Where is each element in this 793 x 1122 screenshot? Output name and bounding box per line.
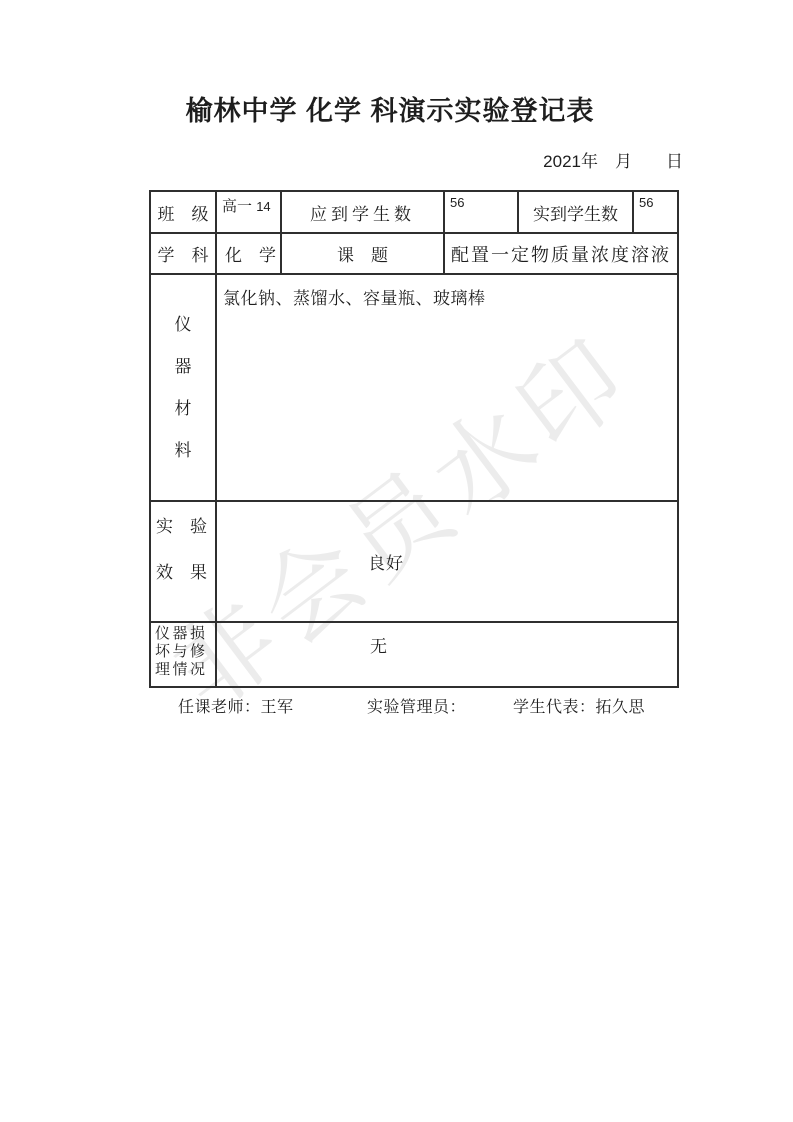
teacher-signature: 任课老师：王军: [178, 694, 294, 717]
damage-label-line: 理情况: [155, 661, 213, 679]
equipment-label-char: 料: [151, 430, 215, 472]
actual-students-label-cell: 实到学生数: [518, 191, 633, 233]
table-row-subject: 学 科 化 学 课 题 配置一定物质量浓度溶液: [150, 233, 678, 274]
registration-table: 班 级 高一 14 应到学生数 56 实到学生数 56 学 科 化 学 课 题 …: [149, 190, 679, 688]
equipment-label-cell: 仪 器 材 料: [150, 274, 216, 501]
table-row-damage: 仪器损 坏与修 理情况 无: [150, 622, 678, 687]
class-name: 高一: [222, 198, 252, 215]
student-signature: 学生代表：拓久思: [513, 694, 645, 717]
topic-label-cell: 课 题: [281, 233, 444, 274]
equipment-label-char: 器: [151, 346, 215, 388]
actual-students-value-cell: 56: [633, 191, 678, 233]
table-row-equipment: 仪 器 材 料 氯化钠、蒸馏水、容量瓶、玻璃棒: [150, 274, 678, 501]
class-label-cell: 班 级: [150, 191, 216, 233]
result-content-cell: 良好: [216, 501, 678, 622]
document-page: 非会员水印 榆林中学 化学 科演示实验登记表 2021年 月 日 班 级 高一 …: [0, 0, 793, 1122]
class-value-cell: 高一 14: [216, 191, 281, 233]
equipment-label-char: 仪: [151, 304, 215, 346]
damage-label-line: 坏与修: [155, 643, 213, 661]
equipment-content-cell: 氯化钠、蒸馏水、容量瓶、玻璃棒: [216, 274, 678, 501]
result-label-line: 实 验: [156, 504, 215, 550]
table-row-class: 班 级 高一 14 应到学生数 56 实到学生数 56: [150, 191, 678, 233]
result-label-line: 效 果: [156, 550, 215, 596]
damage-label-cell: 仪器损 坏与修 理情况: [150, 622, 216, 687]
table-row-result: 实 验 效 果 良好: [150, 501, 678, 622]
equipment-label-char: 材: [151, 388, 215, 430]
topic-value-cell: 配置一定物质量浓度溶液: [444, 233, 678, 274]
manager-signature: 实验管理员：: [367, 694, 466, 717]
page-title: 榆林中学 化学 科演示实验登记表: [0, 95, 780, 127]
expected-students-label-cell: 应到学生数: [281, 191, 444, 233]
result-label-cell: 实 验 效 果: [150, 501, 216, 622]
date-line: 2021年 月 日: [383, 147, 683, 172]
class-number: 14: [256, 199, 270, 214]
subject-value-cell: 化 学: [216, 233, 281, 274]
damage-label-line: 仪器损: [155, 625, 213, 643]
subject-label-cell: 学 科: [150, 233, 216, 274]
damage-content-cell: 无: [216, 622, 678, 687]
expected-students-value-cell: 56: [444, 191, 518, 233]
